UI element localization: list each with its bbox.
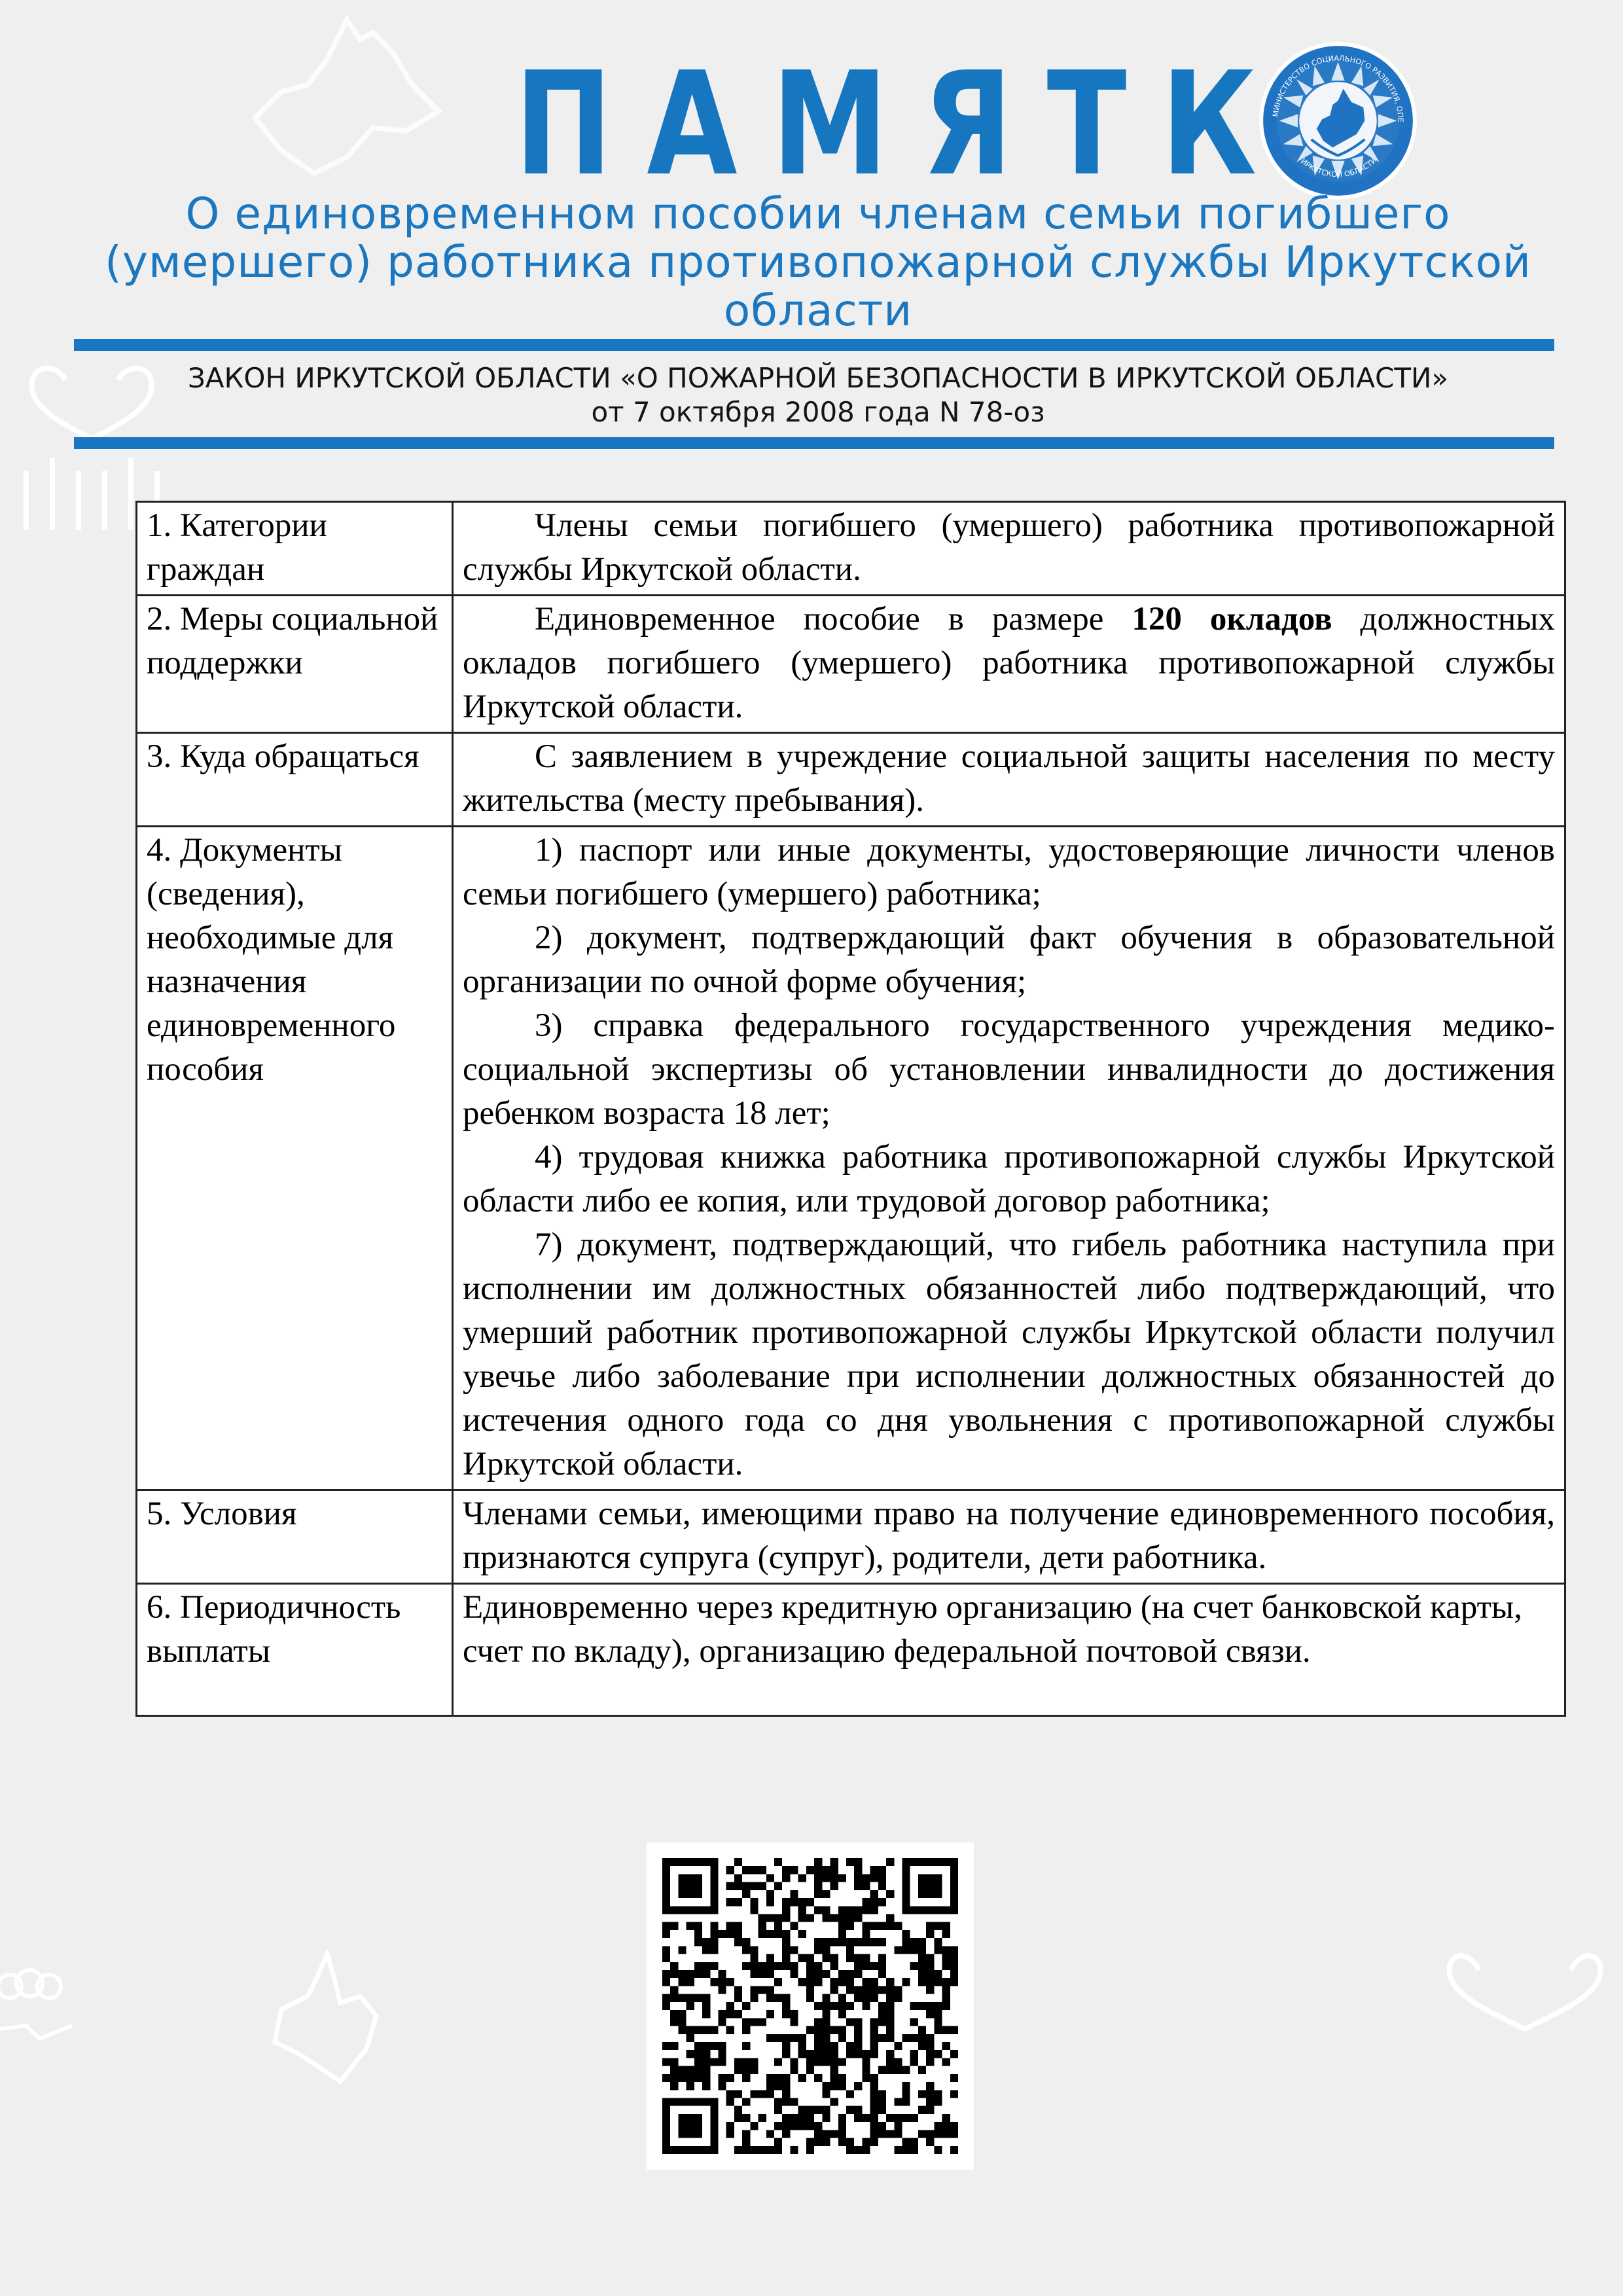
law-date: от 7 октября 2008 года N 78-оз — [98, 395, 1538, 429]
background-hands-icon — [1440, 1931, 1610, 2062]
row-content: Членами семьи, имеющими право на получен… — [453, 1490, 1565, 1584]
row-label: 2. Меры социальной поддержки — [137, 596, 453, 733]
subtitle-line: области — [98, 287, 1538, 335]
ministry-emblem-icon: МИНИСТЕРСТВО СОЦИАЛЬНОГО РАЗВИТИЯ, ОПЕКИ… — [1258, 41, 1418, 201]
document-item: 4) трудовая книжка работника противопожа… — [463, 1136, 1555, 1223]
document-item: 1) паспорт или иные документы, удостовер… — [463, 829, 1555, 916]
info-table: 1. Категории граждан Члены семьи погибше… — [135, 501, 1566, 1717]
law-reference: ЗАКОН ИРКУТСКОЙ ОБЛАСТИ «О ПОЖАРНОЙ БЕЗО… — [98, 361, 1538, 429]
benefit-amount: 120 окладов — [1132, 601, 1332, 637]
row-label: 5. Условия — [137, 1490, 453, 1584]
table-row: 6. Периодичность выплаты Единовременно ч… — [137, 1584, 1565, 1716]
document-item: 3) справка федерального государственного… — [463, 1004, 1555, 1136]
row-content: Единовременное пособие в размере 120 окл… — [453, 596, 1565, 733]
subtitle: О единовременном пособии членам семьи по… — [98, 190, 1538, 335]
table-row: 1. Категории граждан Члены семьи погибше… — [137, 502, 1565, 596]
divider-top — [74, 339, 1554, 351]
table-row: 4. Документы (сведения), необходимые для… — [137, 827, 1565, 1490]
row-label: 6. Периодичность выплаты — [137, 1584, 453, 1716]
law-title: ЗАКОН ИРКУТСКОЙ ОБЛАСТИ «О ПОЖАРНОЙ БЕЗО… — [98, 361, 1538, 395]
row-label: 3. Куда обращаться — [137, 733, 453, 827]
table-row: 2. Меры социальной поддержки Единовремен… — [137, 596, 1565, 733]
background-region-outline-icon — [262, 1950, 393, 2094]
table-row: 3. Куда обращаться С заявлением в учрежд… — [137, 733, 1565, 827]
subtitle-line: О единовременном пособии членам семьи по… — [98, 190, 1538, 238]
divider-bottom — [74, 437, 1554, 449]
row-content: С заявлением в учреждение социальной защ… — [453, 733, 1565, 827]
row-content: Единовременно через кредитную организаци… — [453, 1584, 1565, 1716]
background-region-outline-icon — [242, 13, 458, 183]
subtitle-line: (умершего) работника противопожарной слу… — [98, 238, 1538, 287]
row-label: 4. Документы (сведения), необходимые для… — [137, 827, 453, 1490]
document-item: 7) документ, подтверждающий, что гибель … — [463, 1223, 1555, 1486]
page-title: ПАМЯТКА — [514, 54, 1148, 196]
table-row: 5. Условия Членами семьи, имеющими право… — [137, 1490, 1565, 1584]
row-content: Члены семьи погибшего (умершего) работни… — [453, 502, 1565, 596]
background-people-hand-icon — [0, 1957, 79, 2062]
document-item: 2) документ, подтверждающий факт обучени… — [463, 916, 1555, 1004]
qr-code-icon[interactable] — [647, 1842, 974, 2170]
row-label: 1. Категории граждан — [137, 502, 453, 596]
row-content: 1) паспорт или иные документы, удостовер… — [453, 827, 1565, 1490]
